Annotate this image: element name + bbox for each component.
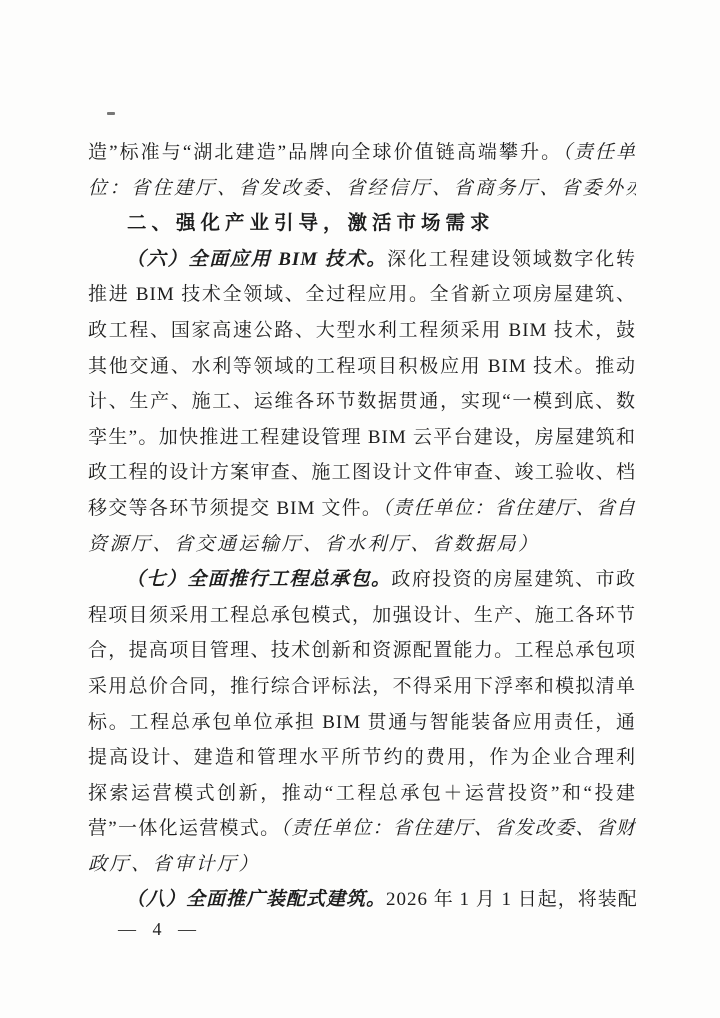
body-text: 其他交通、水利等领域的工程项目积极应用 BIM 技术。推动设 bbox=[88, 356, 636, 385]
text-line: 计、生产、施工、运维各环节数据贯通，实现“一模到底、数字 bbox=[88, 384, 636, 420]
body-text: 政工程的设计方案审查、施工图设计文件审查、竣工验收、档案 bbox=[88, 462, 636, 491]
responsibility-note: （责任单 bbox=[562, 142, 636, 163]
body-text: 移交等各环节须提交 BIM 文件。 bbox=[88, 498, 382, 519]
body-text: 推进 BIM 技术全领域、全过程应用。全省新立项房屋建筑、市 bbox=[88, 284, 636, 313]
item-lead-in: （八）全面推广装配式建筑。 bbox=[126, 889, 386, 910]
text-line: 政工程的设计方案审查、施工图设计文件审查、竣工验收、档案 bbox=[88, 455, 636, 491]
responsibility-note: （责任单位：省住建厅、省发改委、省财 bbox=[280, 818, 636, 839]
text-line: 采用总价合同，推行综合评标法，不得采用下浮率和模拟清单招 bbox=[88, 669, 636, 705]
body-text: 探索运营模式创新，推动“工程总承包＋运营投资”和“投建 bbox=[88, 783, 636, 804]
text-line: 移交等各环节须提交 BIM 文件。（责任单位：省住建厅、省自然 bbox=[88, 491, 636, 527]
text-line: （六）全面应用 BIM 技术。深化工程建设领域数字化转型， bbox=[88, 242, 636, 278]
scan-artifact-mark bbox=[107, 112, 115, 115]
text-line: 位：省住建厅、省发改委、省经信厅、省商务厅、省委外办） bbox=[88, 171, 636, 207]
body-text: 标。工程总承包单位承担 BIM 贯通与智能装备应用责任，通过 bbox=[88, 712, 636, 741]
text-line: 资源厅、省交通运输厅、省水利厅、省数据局） bbox=[88, 527, 636, 563]
item-lead-in: （七）全面推行工程总承包。 bbox=[126, 569, 391, 590]
body-text: 政工程、国家高速公路、大型水利工程须采用 BIM 技术，鼓励 bbox=[88, 320, 636, 349]
text-line: 程项目须采用工程总承包模式，加强设计、生产、施工各环节融 bbox=[88, 598, 636, 634]
body-text: 2026 年 1 月 1 日起，将装配式 bbox=[386, 889, 636, 910]
text-line: 营”一体化运营模式。（责任单位：省住建厅、省发改委、省财 bbox=[88, 811, 636, 847]
body-text: 计、生产、施工、运维各环节数据贯通，实现“一模到底、数字 bbox=[88, 391, 636, 420]
text-line: 标。工程总承包单位承担 BIM 贯通与智能装备应用责任，通过 bbox=[88, 705, 636, 741]
body-text: 程项目须采用工程总承包模式，加强设计、生产、施工各环节融 bbox=[88, 605, 636, 634]
text-line: 孪生”。加快推进工程建设管理 BIM 云平台建设，房屋建筑和市 bbox=[88, 420, 636, 456]
body-text: 提高设计、建造和管理水平所节约的费用，作为企业合理利润。 bbox=[88, 747, 636, 776]
item-lead-in: （六）全面应用 BIM 技术。 bbox=[126, 249, 387, 270]
text-line: 造”标准与“湖北建造”品牌向全球价值链高端攀升。（责任单 bbox=[88, 135, 636, 171]
body-text: 合，提高项目管理、技术创新和资源配置能力。工程总承包项目 bbox=[88, 640, 636, 669]
text-line: 其他交通、水利等领域的工程项目积极应用 BIM 技术。推动设 bbox=[88, 349, 636, 385]
responsibility-note: 资源厅、省交通运输厅、省水利厅、省数据局） bbox=[88, 534, 540, 555]
responsibility-note: 政厅、省审计厅） bbox=[88, 854, 260, 875]
section-heading-text: 二、强化产业引导，激活市场需求 bbox=[127, 212, 495, 234]
responsibility-note: 位：省住建厅、省发改委、省经信厅、省商务厅、省委外办） bbox=[88, 178, 636, 199]
text-line: （七）全面推行工程总承包。政府投资的房屋建筑、市政工 bbox=[88, 562, 636, 598]
body-text: 孪生”。加快推进工程建设管理 BIM 云平台建设，房屋建筑和市 bbox=[88, 427, 636, 456]
text-line: （八）全面推广装配式建筑。2026 年 1 月 1 日起，将装配式 bbox=[88, 882, 636, 918]
body-text: 采用总价合同，推行综合评标法，不得采用下浮率和模拟清单招 bbox=[88, 676, 636, 705]
section-heading: 二、强化产业引导，激活市场需求 bbox=[88, 206, 636, 242]
text-line: 提高设计、建造和管理水平所节约的费用，作为企业合理利润。 bbox=[88, 740, 636, 776]
document-page: 造”标准与“湖北建造”品牌向全球价值链高端攀升。（责任单 位：省住建厅、省发改委… bbox=[0, 0, 720, 1018]
text-line: 政厅、省审计厅） bbox=[88, 847, 636, 883]
body-text: 造”标准与“湖北建造”品牌向全球价值链高端攀升。 bbox=[88, 142, 562, 163]
text-line: 合，提高项目管理、技术创新和资源配置能力。工程总承包项目 bbox=[88, 633, 636, 669]
body-text: 营”一体化运营模式。 bbox=[88, 818, 280, 839]
text-line: 政工程、国家高速公路、大型水利工程须采用 BIM 技术，鼓励 bbox=[88, 313, 636, 349]
page-number-label: — 4 — bbox=[118, 919, 198, 940]
document-body: 造”标准与“湖北建造”品牌向全球价值链高端攀升。（责任单 位：省住建厅、省发改委… bbox=[88, 135, 636, 918]
text-line: 探索运营模式创新，推动“工程总承包＋运营投资”和“投建 bbox=[88, 776, 636, 812]
text-line: 推进 BIM 技术全领域、全过程应用。全省新立项房屋建筑、市 bbox=[88, 277, 636, 313]
